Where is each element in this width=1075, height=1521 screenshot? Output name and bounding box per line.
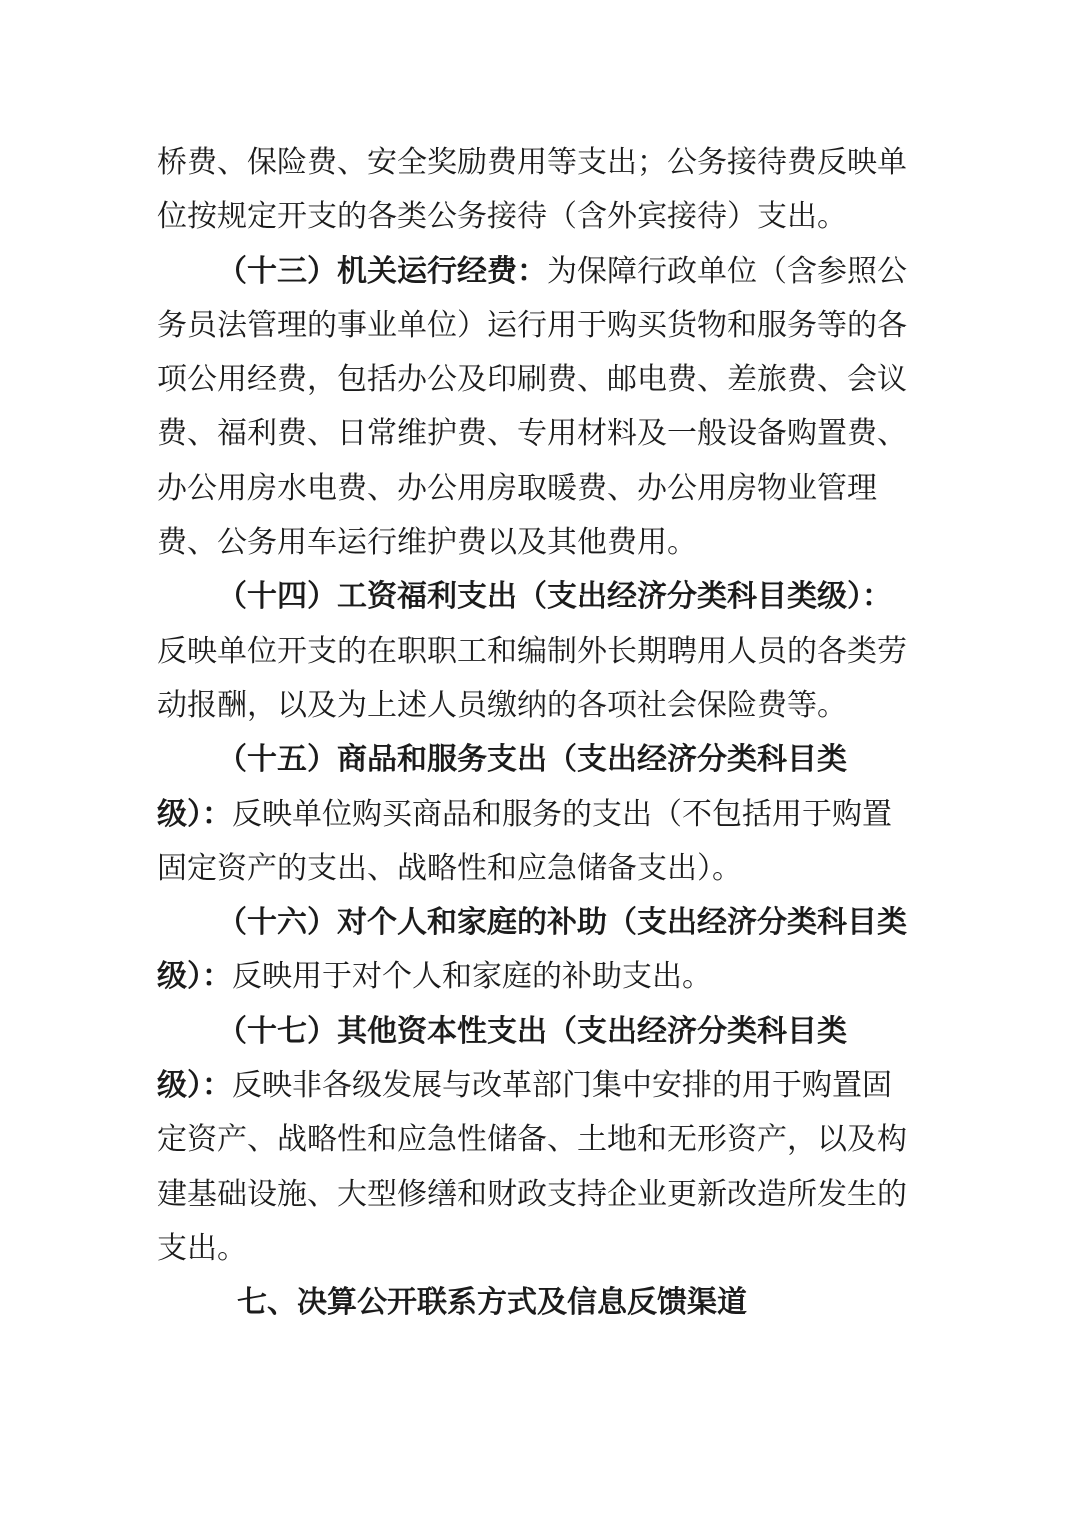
text-line: 级）：反映用于对个人和家庭的补助支出。	[157, 950, 927, 1004]
line-text: 动报酬，以及为上述人员缴纳的各项社会保险费等。	[157, 688, 847, 723]
text-line: （十四）工资福利支出（支出经济分类科目类级）：	[157, 570, 927, 624]
paragraph-lead-bold: 级）：	[157, 1068, 232, 1103]
text-line: 级）：反映单位购买商品和服务的支出（不包括用于购置	[157, 788, 927, 842]
line-text: 费、福利费、日常维护费、专用材料及一般设备购置费、	[157, 416, 907, 451]
section-heading: 七、决算公开联系方式及信息反馈渠道	[157, 1276, 927, 1330]
line-text: 反映非各级发展与改革部门集中安排的用于购置固	[232, 1068, 892, 1103]
line-text: 建基础设施、大型修缮和财政支持企业更新改造所发生的	[157, 1177, 907, 1212]
line-text: 项公用经费，包括办公及印刷费、邮电费、差旅费、会议	[157, 362, 907, 397]
text-line: 支出。	[157, 1222, 927, 1276]
text-line: 定资产、战略性和应急性储备、土地和无形资产，以及构	[157, 1113, 927, 1167]
line-text: 为保障行政单位（含参照公	[547, 254, 907, 289]
paragraph-lead-bold: （十五）商品和服务支出（支出经济分类科目类	[217, 742, 847, 777]
line-text: 位按规定开支的各类公务接待（含外宾接待）支出。	[157, 199, 847, 234]
text-line: 务员法管理的事业单位）运行用于购买货物和服务等的各	[157, 299, 927, 353]
line-text: 反映用于对个人和家庭的补助支出。	[232, 959, 712, 994]
text-line: 桥费、保险费、安全奖励费用等支出；公务接待费反映单	[157, 136, 927, 190]
text-line: 项公用经费，包括办公及印刷费、邮电费、差旅费、会议	[157, 353, 927, 407]
line-text: 费、公务用车运行维护费以及其他费用。	[157, 525, 697, 560]
document-body: 桥费、保险费、安全奖励费用等支出；公务接待费反映单位按规定开支的各类公务接待（含…	[157, 136, 927, 1331]
text-line: （十六）对个人和家庭的补助（支出经济分类科目类	[157, 896, 927, 950]
line-text: 桥费、保险费、安全奖励费用等支出；公务接待费反映单	[157, 145, 907, 180]
text-line: （十七）其他资本性支出（支出经济分类科目类	[157, 1005, 927, 1059]
line-text: 七、决算公开联系方式及信息反馈渠道	[237, 1285, 747, 1320]
text-line: 费、公务用车运行维护费以及其他费用。	[157, 516, 927, 570]
line-text: 支出。	[157, 1231, 247, 1266]
text-line: 级）：反映非各级发展与改革部门集中安排的用于购置固	[157, 1059, 927, 1113]
paragraph-lead-bold: （十三）机关运行经费：	[217, 254, 547, 289]
text-line: （十五）商品和服务支出（支出经济分类科目类	[157, 733, 927, 787]
line-text: 固定资产的支出、战略性和应急储备支出）。	[157, 851, 742, 886]
document-page: 桥费、保险费、安全奖励费用等支出；公务接待费反映单位按规定开支的各类公务接待（含…	[0, 0, 1075, 1521]
paragraph-lead-bold: （十四）工资福利支出（支出经济分类科目类级）：	[217, 579, 892, 614]
paragraph-lead-bold: （十六）对个人和家庭的补助（支出经济分类科目类	[217, 905, 907, 940]
paragraph-lead-bold: 级）：	[157, 797, 232, 832]
text-line: 反映单位开支的在职职工和编制外长期聘用人员的各类劳	[157, 625, 927, 679]
text-line: 费、福利费、日常维护费、专用材料及一般设备购置费、	[157, 407, 927, 461]
line-text: 反映单位开支的在职职工和编制外长期聘用人员的各类劳	[157, 634, 907, 669]
line-text: 务员法管理的事业单位）运行用于购买货物和服务等的各	[157, 308, 907, 343]
text-line: 动报酬，以及为上述人员缴纳的各项社会保险费等。	[157, 679, 927, 733]
text-line: 办公用房水电费、办公用房取暖费、办公用房物业管理	[157, 462, 927, 516]
text-line: 建基础设施、大型修缮和财政支持企业更新改造所发生的	[157, 1168, 927, 1222]
text-line: （十三）机关运行经费：为保障行政单位（含参照公	[157, 245, 927, 299]
paragraph-lead-bold: 级）：	[157, 959, 232, 994]
line-text: 定资产、战略性和应急性储备、土地和无形资产，以及构	[157, 1122, 907, 1157]
text-line: 固定资产的支出、战略性和应急储备支出）。	[157, 842, 927, 896]
line-text: 办公用房水电费、办公用房取暖费、办公用房物业管理	[157, 471, 877, 506]
line-text: 反映单位购买商品和服务的支出（不包括用于购置	[232, 797, 892, 832]
text-line: 位按规定开支的各类公务接待（含外宾接待）支出。	[157, 190, 927, 244]
paragraph-lead-bold: （十七）其他资本性支出（支出经济分类科目类	[217, 1014, 847, 1049]
